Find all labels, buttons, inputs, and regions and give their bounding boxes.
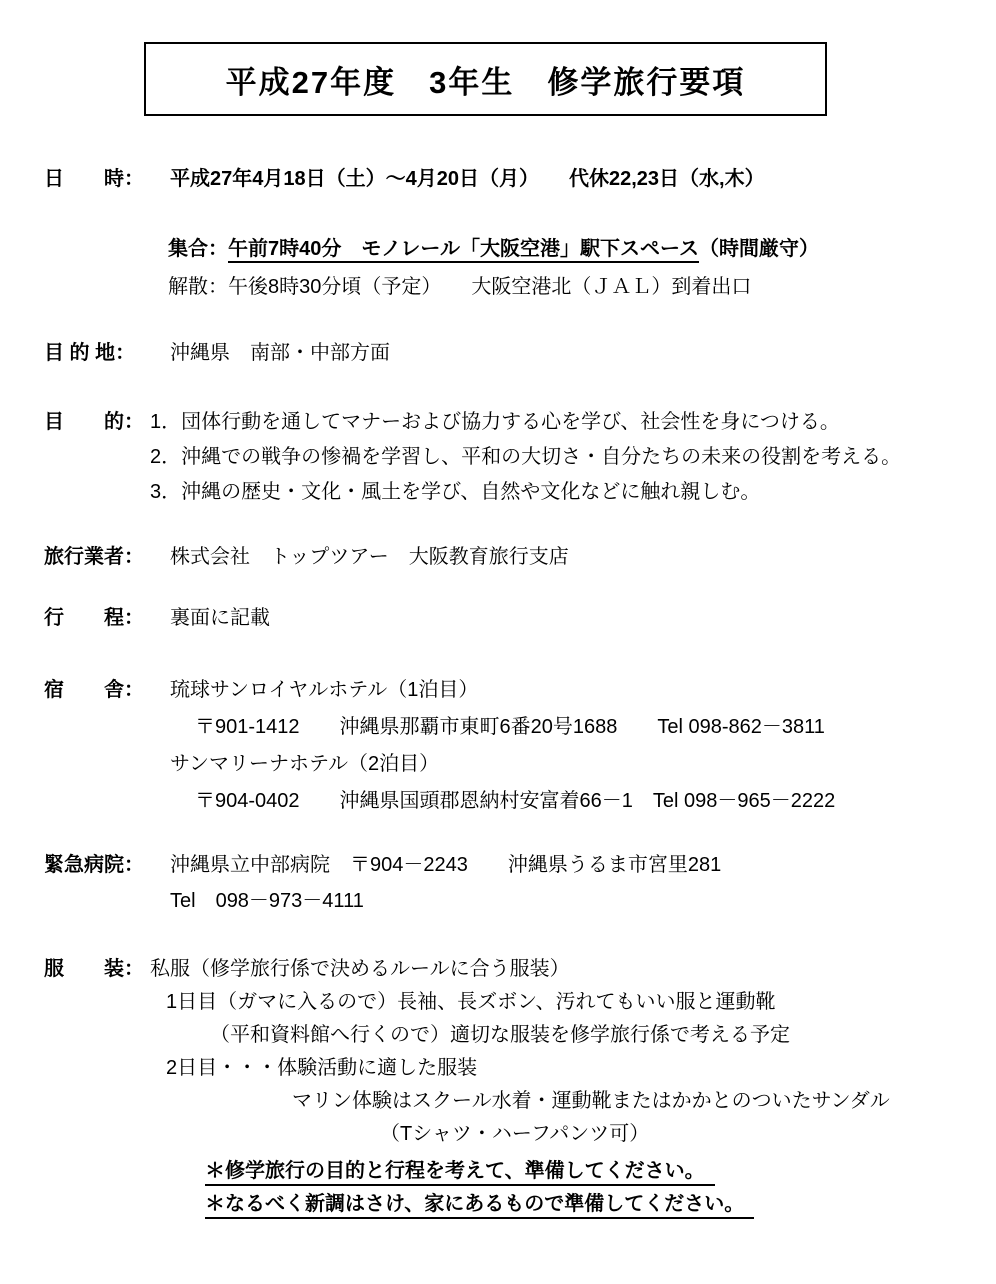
hotel2-address: 〒904-0402 沖縄県国頭郡恩納村安富着66－1 Tel 098－965－2… xyxy=(195,790,835,812)
section-agency: 旅行業者：株式会社 トップツアー 大阪教育旅行支店 xyxy=(44,543,996,571)
clothing-day1-note: （平和資料館へ行くので）適切な服装を修学旅行係で考える予定 xyxy=(210,1024,790,1046)
hospital-tel-line: Tel 098－973－4111 xyxy=(44,883,996,919)
destination-value: 沖縄県 南部・中部方面 xyxy=(170,342,390,364)
section-purpose: 目 的：1．団体行動を通してマナーおよび協力する心を学び、社会性を身につける。 … xyxy=(44,405,996,510)
hotel1-name: 琉球サンロイヤルホテル（1泊目） xyxy=(170,679,478,701)
clothing-day2: 2日目・・・体験活動に適した服装 xyxy=(166,1057,477,1079)
destination-label: 目 的 地： xyxy=(44,339,170,367)
clothing-day2-tshirt: （Tシャツ・ハーフパンツ可） xyxy=(380,1123,649,1145)
purpose-item-2: 2．沖縄での戦争の惨禍を学習し、平和の大切さ・自分たちの未来の役割を考える。 xyxy=(44,440,996,475)
clothing-day2-marine-line: マリン体験はスクール水着・運動靴またはかかとのついたサンダル xyxy=(44,1085,996,1118)
hotel2-name-line: サンマリーナホテル（2泊目） xyxy=(44,746,996,783)
agency-value: 株式会社 トップツアー 大阪教育旅行支店 xyxy=(170,546,569,568)
hotel1-address: 〒901-1412 沖縄県那覇市東町6番20号1688 Tel 098-862－… xyxy=(195,716,825,738)
clothing-day1-line: 1日目（ガマに入るので）長袖、長ズボン、汚れてもいい服と運動靴 xyxy=(44,986,996,1019)
clothing-value: 私服（修学旅行係で決めるルールに合う服装） xyxy=(150,958,570,980)
note-2: ＊なるべく新調はさけ、家にあるもので準備してください。 xyxy=(205,1193,754,1219)
dismissal-line: 解散：午後8時30分頃（予定） 大阪空港北（ＪＡＬ）到着出口 xyxy=(44,273,996,301)
clothing-line: 服 装：私服（修学旅行係で決めるルールに合う服装） xyxy=(44,953,996,986)
meeting-suffix: （時間厳守） xyxy=(699,238,819,260)
clothing-day2-line: 2日目・・・体験活動に適した服装 xyxy=(44,1052,996,1085)
hotel1-address-line: 〒901-1412 沖縄県那覇市東町6番20号1688 Tel 098-862－… xyxy=(44,709,996,746)
purpose-label: 目 的： xyxy=(44,405,150,440)
purpose-item-1-text: 1．団体行動を通してマナーおよび協力する心を学び、社会性を身につける。 xyxy=(150,411,840,433)
purpose-item-3-text: 3．沖縄の歴史・文化・風土を学び、自然や文化などに触れ親しむ。 xyxy=(150,481,760,503)
title-box: 平成27年度 3年生 修学旅行要項 xyxy=(144,42,827,116)
datetime-label: 日 時： xyxy=(44,165,170,193)
hotel2-address-line: 〒904-0402 沖縄県国頭郡恩納村安富着66－1 Tel 098－965－2… xyxy=(44,783,996,820)
purpose-item-2-text: 2．沖縄での戦争の惨禍を学習し、平和の大切さ・自分たちの未来の役割を考える。 xyxy=(150,446,901,468)
agency-label: 旅行業者： xyxy=(44,543,170,571)
purpose-item-3: 3．沖縄の歴史・文化・風土を学び、自然や文化などに触れ親しむ。 xyxy=(44,475,996,510)
lodging-label: 宿 舎： xyxy=(44,672,170,709)
hospital-line: 緊急病院：沖縄県立中部病院 〒904－2243 沖縄県うるま市宮里281 xyxy=(44,847,996,883)
clothing-day2-marine: マリン体験はスクール水着・運動靴またはかかとのついたサンダル xyxy=(292,1090,890,1112)
itinerary-value: 裏面に記載 xyxy=(170,607,270,629)
datetime-value: 平成27年4月18日（土）～4月20日（月） 代休22,23日（水,木） xyxy=(170,168,765,190)
clothing-day1: 1日目（ガマに入るので）長袖、長ズボン、汚れてもいい服と運動靴 xyxy=(166,991,776,1013)
note-line-1: ＊修学旅行の目的と行程を考えて、準備してください。 xyxy=(44,1155,996,1188)
dismissal-text: 解散：午後8時30分頃（予定） 大阪空港北（ＪＡＬ）到着出口 xyxy=(168,276,751,298)
section-itinerary: 行 程：裏面に記載 xyxy=(44,604,996,632)
hospital-value: 沖縄県立中部病院 〒904－2243 沖縄県うるま市宮里281 xyxy=(170,854,721,876)
itinerary-label: 行 程： xyxy=(44,604,170,632)
meeting-underlined: 午前7時40分 モノレール「大阪空港」駅下スペース xyxy=(228,238,699,263)
document-title: 平成27年度 3年生 修学旅行要項 xyxy=(226,57,746,102)
purpose-item-1: 目 的：1．団体行動を通してマナーおよび協力する心を学び、社会性を身につける。 xyxy=(44,405,996,440)
section-destination: 目 的 地：沖縄県 南部・中部方面 xyxy=(44,339,996,367)
document-page: 平成27年度 3年生 修学旅行要項 日 時：平成27年4月18日（土）～4月20… xyxy=(0,0,996,1284)
section-notes: ＊修学旅行の目的と行程を考えて、準備してください。 ＊なるべく新調はさけ、家にあ… xyxy=(44,1155,996,1221)
note-line-2: ＊なるべく新調はさけ、家にあるもので準備してください。 xyxy=(44,1188,996,1221)
meeting-line: 集合：午前7時40分 モノレール「大阪空港」駅下スペース（時間厳守） xyxy=(44,235,996,263)
section-lodging: 宿 舎：琉球サンロイヤルホテル（1泊目） 〒901-1412 沖縄県那覇市東町6… xyxy=(44,672,996,820)
hospital-label: 緊急病院： xyxy=(44,847,170,883)
meeting-prefix: 集合： xyxy=(168,238,228,260)
hotel2-name: サンマリーナホテル（2泊目） xyxy=(170,753,439,775)
lodging-hotel1-line: 宿 舎：琉球サンロイヤルホテル（1泊目） xyxy=(44,672,996,709)
hospital-tel: Tel 098－973－4111 xyxy=(170,890,364,912)
clothing-label: 服 装： xyxy=(44,953,150,986)
section-datetime: 日 時：平成27年4月18日（土）～4月20日（月） 代休22,23日（水,木） xyxy=(44,165,996,193)
note-1: ＊修学旅行の目的と行程を考えて、準備してください。 xyxy=(205,1160,715,1186)
section-hospital: 緊急病院：沖縄県立中部病院 〒904－2243 沖縄県うるま市宮里281 Tel… xyxy=(44,847,996,919)
clothing-day2-tshirt-line: （Tシャツ・ハーフパンツ可） xyxy=(44,1118,996,1151)
section-clothing: 服 装：私服（修学旅行係で決めるルールに合う服装） 1日目（ガマに入るので）長袖… xyxy=(44,953,996,1151)
clothing-day1-note-line: （平和資料館へ行くので）適切な服装を修学旅行係で考える予定 xyxy=(44,1019,996,1052)
